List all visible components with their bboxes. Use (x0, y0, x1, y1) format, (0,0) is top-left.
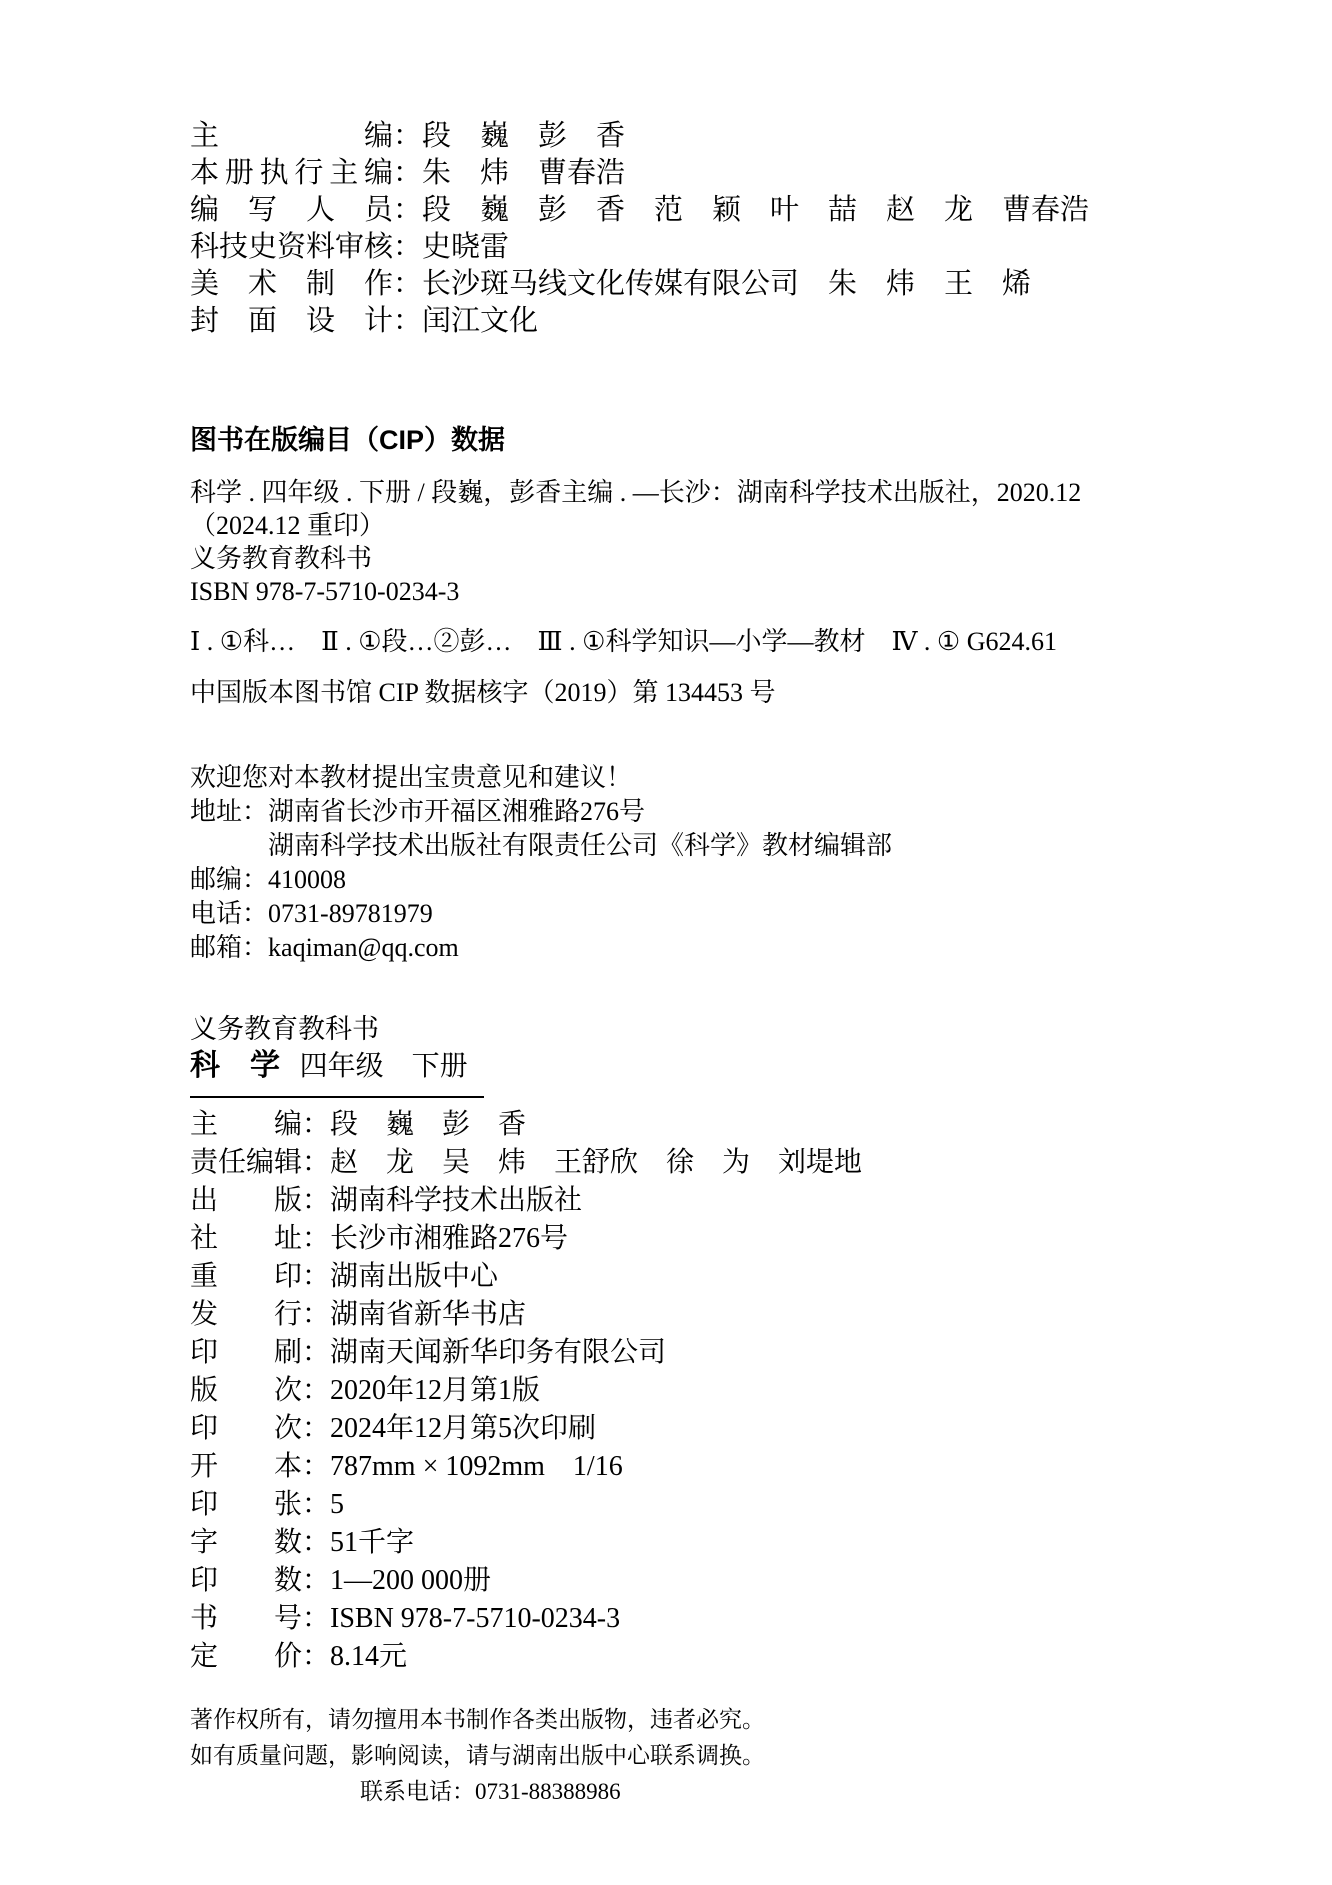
cip-reprint-line: （2024.12 重印） (190, 509, 1272, 542)
row-value: 段 巍 彭 香 (330, 1109, 526, 1140)
row-label: 字数 (190, 1524, 302, 1562)
row-value: 787mm × 1092mm 1/16 (330, 1451, 623, 1482)
colon: ： (302, 1527, 330, 1558)
row-value: 1—200 000册 (330, 1565, 491, 1596)
colon: ： (302, 1261, 330, 1292)
contact-block: 欢迎您对本教材提出宝贵意见和建议！ 地址：湖南省长沙市开福区湘雅路276号 湖南… (190, 761, 1272, 965)
colon: ： (393, 268, 422, 300)
cip-description-line: 科学 . 四年级 . 下册 / 段巍，彭香主编 . —长沙：湖南科学技术出版社，… (190, 476, 1272, 509)
row-value: 赵 龙 吴 炜 王舒欣 徐 为 刘堤地 (330, 1147, 862, 1178)
row-value: 5 (330, 1489, 344, 1520)
editorial-row: 封面设计：闰江文化 (190, 303, 1272, 340)
colon: ： (302, 1185, 330, 1216)
publication-row: 出版：湖南科学技术出版社 (190, 1182, 1272, 1220)
phone-value: 0731-89781979 (268, 899, 433, 928)
contact-address-line2: 湖南科学技术出版社有限责任公司《科学》教材编辑部 (190, 829, 1272, 863)
contact-address-line: 地址：湖南省长沙市开福区湘雅路276号 (190, 795, 1272, 829)
colon: ： (302, 1413, 330, 1444)
copyright-notice-block: 著作权所有，请勿擅用本书制作各类出版物，违者必究。 如有质量问题，影响阅读，请与… (190, 1702, 1272, 1810)
row-label: 书号 (190, 1600, 302, 1638)
series-title: 义务教育教科书 (190, 1011, 1272, 1047)
row-label: 主编 (190, 118, 393, 155)
copyright-page: 主编：段 巍 彭 香 本册执行主编：朱 炜 曹春浩 编写人员：段 巍 彭 香 范… (0, 0, 1332, 1810)
editorial-row: 科技史资料审核：史晓雷 (190, 229, 1272, 266)
postcode-label: 邮编 (190, 865, 242, 894)
row-value: 长沙市湘雅路276号 (330, 1223, 568, 1254)
publication-row: 责任编辑：赵 龙 吴 炜 王舒欣 徐 为 刘堤地 (190, 1144, 1272, 1182)
phone-label: 电话 (190, 899, 242, 928)
publication-row: 书号：ISBN 978-7-5710-0234-3 (190, 1600, 1272, 1638)
row-label: 出版 (190, 1182, 302, 1220)
publication-row: 主编：段 巍 彭 香 (190, 1106, 1272, 1144)
colon: ： (302, 1565, 330, 1596)
contact-phone-line: 电话：0731-89781979 (190, 897, 1272, 931)
row-label: 印刷 (190, 1334, 302, 1372)
editorial-row: 主编：段 巍 彭 香 (190, 118, 1272, 155)
publication-rows: 主编：段 巍 彭 香 责任编辑：赵 龙 吴 炜 王舒欣 徐 为 刘堤地 出版：湖… (190, 1106, 1272, 1676)
cip-series-line: 义务教育教科书 (190, 542, 1272, 575)
colon: ： (302, 1223, 330, 1254)
colon: ： (242, 899, 268, 928)
publication-row: 印次：2024年12月第5次印刷 (190, 1410, 1272, 1448)
publication-row: 版次：2020年12月第1版 (190, 1372, 1272, 1410)
publication-row: 字数：51千字 (190, 1524, 1272, 1562)
publication-row: 印刷：湖南天闻新华印务有限公司 (190, 1334, 1272, 1372)
contact-postcode-line: 邮编：410008 (190, 863, 1272, 897)
colon: ： (302, 1641, 330, 1672)
editorial-row: 美术制作：长沙斑马线文化传媒有限公司 朱 炜 王 烯 (190, 266, 1272, 303)
row-value: 2024年12月第5次印刷 (330, 1413, 596, 1444)
colon: ： (393, 157, 422, 189)
address-label: 地址 (190, 797, 242, 826)
row-value: 8.14元 (330, 1641, 407, 1672)
email-label: 邮箱 (190, 933, 242, 962)
row-label: 版次 (190, 1372, 302, 1410)
colon: ： (242, 865, 268, 894)
publication-row: 重印：湖南出版中心 (190, 1258, 1272, 1296)
row-label: 责任编辑 (190, 1144, 302, 1182)
row-label: 美术制作 (190, 266, 393, 303)
colon: ： (393, 120, 422, 152)
editorial-credits-block: 主编：段 巍 彭 香 本册执行主编：朱 炜 曹春浩 编写人员：段 巍 彭 香 范… (190, 118, 1272, 340)
publication-row: 开本：787mm × 1092mm 1/16 (190, 1448, 1272, 1486)
row-label: 印数 (190, 1562, 302, 1600)
row-value: 51千字 (330, 1527, 414, 1558)
cip-classification-line: Ⅰ . ①科… Ⅱ . ①段…②彭… Ⅲ . ①科学知识—小学—教材 Ⅳ . ①… (190, 625, 1272, 658)
row-label: 定价 (190, 1638, 302, 1676)
publication-row: 发行：湖南省新华书店 (190, 1296, 1272, 1334)
colon: ： (302, 1299, 330, 1330)
cip-record-number-line: 中国版本图书馆 CIP 数据核字（2019）第 134453 号 (190, 676, 1272, 709)
colon: ： (242, 797, 268, 826)
row-label: 开本 (190, 1448, 302, 1486)
colon: ： (302, 1451, 330, 1482)
publication-row: 社址：长沙市湘雅路276号 (190, 1220, 1272, 1258)
row-value: 湖南科学技术出版社 (330, 1185, 582, 1216)
row-label: 社址 (190, 1220, 302, 1258)
book-title-sub: 四年级 下册 (300, 1051, 468, 1082)
row-value: 2020年12月第1版 (330, 1375, 540, 1406)
editorial-row: 本册执行主编：朱 炜 曹春浩 (190, 155, 1272, 192)
publication-row: 印张：5 (190, 1486, 1272, 1524)
publication-row: 定价：8.14元 (190, 1638, 1272, 1676)
contact-email-line: 邮箱：kaqiman@qq.com (190, 931, 1272, 965)
row-value: ISBN 978-7-5710-0234-3 (330, 1603, 620, 1634)
row-value: 朱 炜 曹春浩 (422, 157, 625, 189)
row-value: 段 巍 彭 香 (422, 120, 625, 152)
colon: ： (242, 933, 268, 962)
book-title-main: 科 学 (190, 1049, 280, 1082)
colon: ： (393, 305, 422, 337)
row-label: 主编 (190, 1106, 302, 1144)
email-value: kaqiman@qq.com (268, 933, 459, 962)
address-value: 湖南省长沙市开福区湘雅路276号 (268, 797, 645, 826)
row-label: 印张 (190, 1486, 302, 1524)
publication-block: 义务教育教科书 科 学四年级 下册 主编：段 巍 彭 香 责任编辑：赵 龙 吴 … (190, 1011, 1272, 1676)
copyright-line2: 如有质量问题，影响阅读，请与湖南出版中心联系调换。 (190, 1738, 1272, 1774)
row-value: 湖南天闻新华印务有限公司 (330, 1337, 666, 1368)
row-label: 发行 (190, 1296, 302, 1334)
copyright-line1: 著作权所有，请勿擅用本书制作各类出版物，违者必究。 (190, 1702, 1272, 1738)
contact-intro: 欢迎您对本教材提出宝贵意见和建议！ (190, 761, 1272, 795)
colon: ： (393, 231, 422, 263)
cip-isbn-line: ISBN 978-7-5710-0234-3 (190, 575, 1272, 608)
colon: ： (302, 1489, 330, 1520)
row-label: 编写人员 (190, 192, 393, 229)
row-label: 重印 (190, 1258, 302, 1296)
row-value: 闰江文化 (422, 305, 538, 337)
cip-body: 科学 . 四年级 . 下册 / 段巍，彭香主编 . —长沙：湖南科学技术出版社，… (190, 476, 1272, 608)
editorial-row: 编写人员：段 巍 彭 香 范 颖 叶 喆 赵 龙 曹春浩 (190, 192, 1272, 229)
colon: ： (302, 1375, 330, 1406)
colon: ： (302, 1603, 330, 1634)
row-value: 湖南出版中心 (330, 1261, 498, 1292)
row-label: 封面设计 (190, 303, 393, 340)
copyright-contact-phone: 联系电话：0731-88388986 (190, 1774, 1272, 1810)
colon: ： (302, 1147, 330, 1178)
colon: ： (393, 194, 422, 226)
cip-block: 图书在版编目（CIP）数据 科学 . 四年级 . 下册 / 段巍，彭香主编 . … (190, 424, 1272, 709)
row-value: 长沙斑马线文化传媒有限公司 朱 炜 王 烯 (422, 268, 1031, 300)
book-title: 科 学四年级 下册 (190, 1047, 484, 1098)
colon: ： (302, 1337, 330, 1368)
cip-heading: 图书在版编目（CIP）数据 (190, 424, 1272, 456)
row-value: 湖南省新华书店 (330, 1299, 526, 1330)
row-label: 印次 (190, 1410, 302, 1448)
publication-row: 印数：1—200 000册 (190, 1562, 1272, 1600)
row-label: 科技史资料审核 (190, 229, 393, 266)
row-value: 段 巍 彭 香 范 颖 叶 喆 赵 龙 曹春浩 (422, 194, 1089, 226)
postcode-value: 410008 (268, 865, 346, 894)
row-value: 史晓雷 (422, 231, 509, 263)
colon: ： (302, 1109, 330, 1140)
row-label: 本册执行主编 (190, 155, 393, 192)
